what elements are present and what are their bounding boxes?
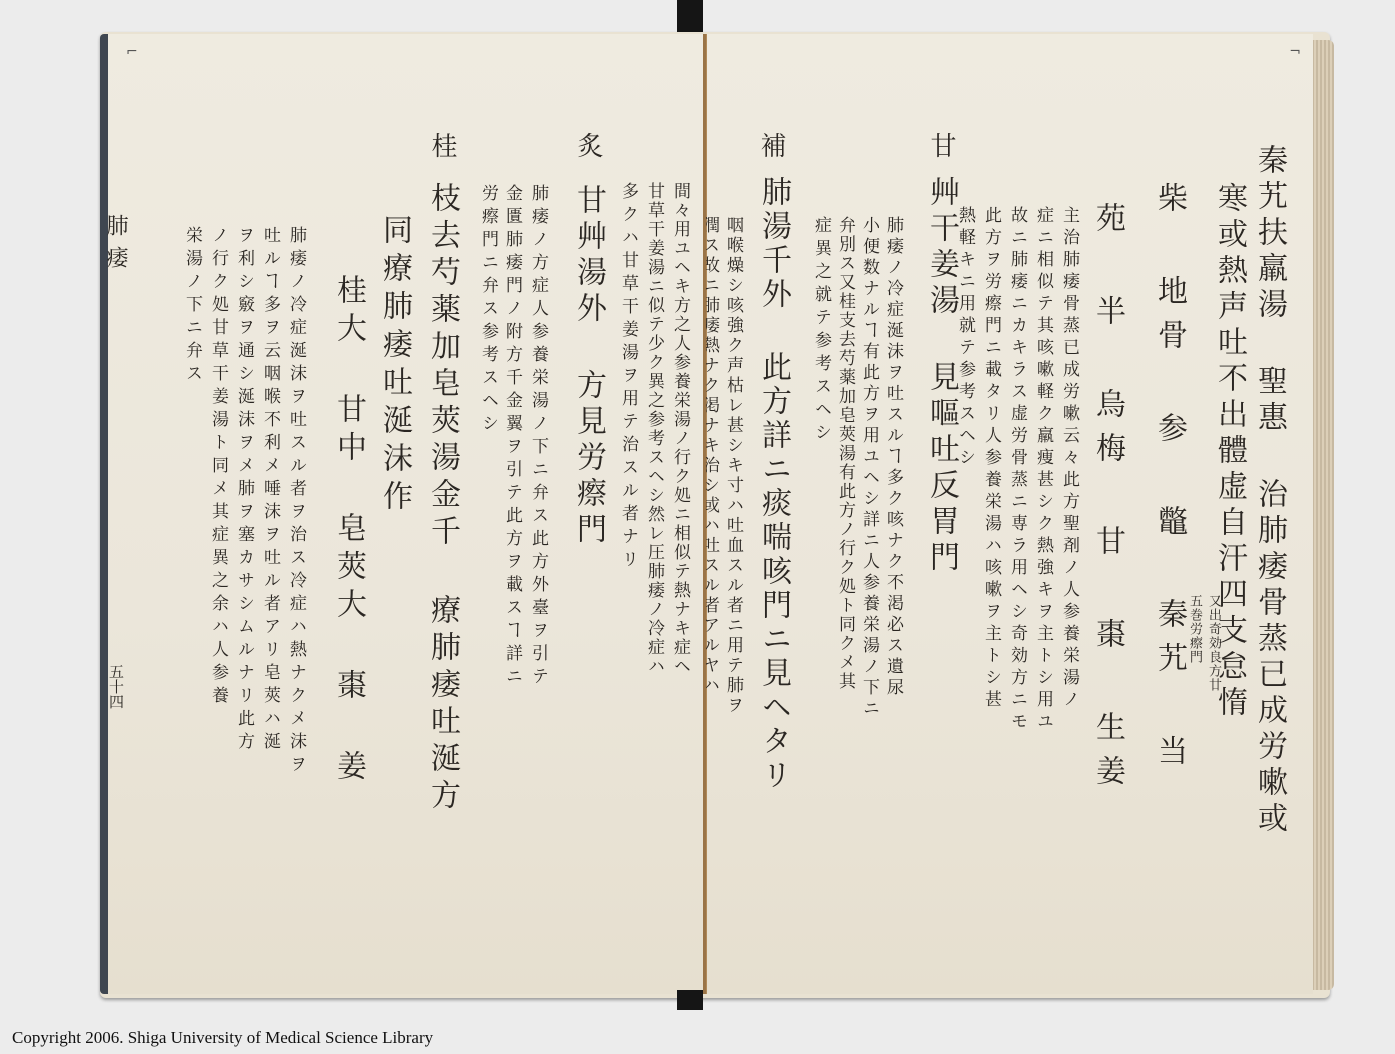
text-column: 肺痿ノ方症人参養栄湯ノ下ニ弁ス此方外臺ヲ引テ <box>526 184 551 690</box>
text-column: 金匱肺痿門ノ附方千金翼ヲ引テ此方ヲ載スヿ詳ニ <box>500 184 525 690</box>
text-column: 秦艽扶羸湯 聖惠 治肺痿骨蒸已成労嗽或 <box>1247 144 1291 838</box>
copyright-notice: Copyright 2006. Shiga University of Medi… <box>12 1028 433 1048</box>
book-cover-edge <box>100 34 108 994</box>
text-column: 症異之就テ参考スヘシ <box>809 216 834 446</box>
text-column: 症ニ相似テ其咳嗽軽ク羸痩甚シク熱強キヲ主トシ用ユ <box>1031 206 1056 734</box>
text-column: 故ニ肺痿ニカキラス虚労骨蒸ニ専ラ用ヘシ奇効方ニモ <box>1005 206 1030 734</box>
book-gutter <box>703 34 706 994</box>
page-stack-edge <box>1312 40 1334 990</box>
text-column: 補 <box>753 132 790 163</box>
binding-strap-bottom <box>677 990 703 1010</box>
text-column: 吐ルヿ多ヲ云咽喉不利メ唾沫ヲ吐ル者アリ皂莢ハ涎 <box>258 226 283 755</box>
text-column: 苑 半 烏梅 甘 棗 生姜 <box>1085 202 1129 799</box>
text-column: ヲ利シ竅ヲ通シ涎沫ヲメ肺ヲ塞カサシムルナリ此方 <box>232 226 257 755</box>
text-column: 多クハ甘草干姜湯ヲ用テ治スル者ナリ <box>616 182 641 573</box>
text-column: 咽喉燥シ咳強ク声枯レ甚シキ寸ハ吐血スル者ニ用テ肺ヲ <box>721 216 746 716</box>
text-column: 肺痿ノ冷症涎沫ヲ吐スルヿ多ク咳ナク不渇必ス遺尿 <box>881 216 906 699</box>
text-column: 間々用ユヘキ方之人参養栄湯ノ行ク処ニ相似テ熱ナキ症ヘ <box>668 182 693 676</box>
text-column: 肺痿ノ冷症涎沫ヲ吐スル者ヲ治ス冷症ハ熱ナクメ沫ヲ <box>284 226 309 778</box>
text-column: 肺湯千外 此方詳ニ痰喘咳門ニ見ヘタリ <box>751 176 795 793</box>
text-column: 甘 <box>923 132 960 163</box>
text-column: 枝去芍薬加皂莢湯金千 療肺痿吐涎方 <box>420 182 464 816</box>
text-column: 主治肺痿骨蒸已成労嗽云々此方聖剤ノ人参養栄湯ノ <box>1057 206 1082 712</box>
text-column: 栄湯ノ下ニ弁ス <box>180 226 205 387</box>
text-column: 同療肺痿吐涎沫作 <box>372 214 416 518</box>
text-column: 桂 <box>424 132 461 163</box>
page-number: 五十四 <box>106 664 127 709</box>
text-column: 労瘵門ニ弁ス参考スヘシ <box>476 184 501 437</box>
corner-mark: ¬ <box>1289 44 1301 60</box>
text-column: 弁別ス又桂支去芍薬加皂莢湯有此方ノ行ク処ト同クメ其 <box>833 216 858 691</box>
margin-title: 肺痿 <box>100 214 131 278</box>
text-column: 艸干姜湯 見嘔吐反胃門 <box>919 176 963 577</box>
text-column: 柴 地骨 参 鼈 秦艽 当 <box>1147 182 1191 779</box>
corner-mark: ⌐ <box>126 44 138 60</box>
text-column: 炙 <box>570 132 607 163</box>
text-column: 小便数ナルヿ有此方ヲ用ユヘシ詳ニ人参養栄湯ノ下ニ <box>857 216 882 720</box>
right-page: ¬ 秦艽扶羸湯 聖惠 治肺痿骨蒸已成労嗽或 寒或熱声吐不出體虚自汗四支怠惰 又出… <box>706 34 1313 994</box>
text-column: 此方ヲ労瘵門ニ載タリ人参養栄湯ハ咳嗽ヲ主トシ甚 <box>979 206 1004 712</box>
text-column: 甘艸湯外 方見労瘵門 <box>566 184 610 549</box>
text-column: 潤ス故ニ肺痿熱ナク渇ナキ治シ或ハ吐スル者アルヤハ <box>697 216 722 696</box>
text-column: ノ行ク処甘草干姜湯ト同メ其症異之余ハ人参養 <box>206 226 231 709</box>
text-column: 桂大 甘中 皂莢大 棗 姜 <box>326 274 370 788</box>
text-column: 甘草干姜湯ニ似テ少ク異之参考スヘシ然レ圧肺痿ノ冷症ハ <box>642 182 667 676</box>
